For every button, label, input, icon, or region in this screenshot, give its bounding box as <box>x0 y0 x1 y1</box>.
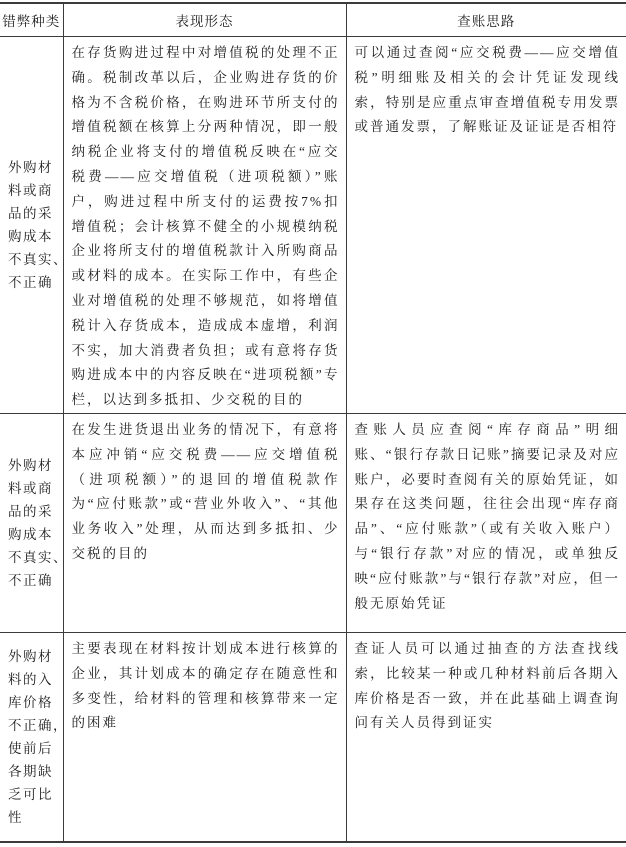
column-header-error-type: 错弊种类 <box>0 3 63 37</box>
manifestation-text: 在存货购进过程中对增值税的处理不正确。税制改革以后，企业购进存货的价格为不含税价… <box>64 37 346 413</box>
cell-error-type: 外购材 料的入 库价格 不正确， 使前后 各期缺 乏可比 性 <box>0 633 63 842</box>
cell-error-type: 外购材 料或商 品的采 购成本 不真实、 不正确 <box>0 414 63 633</box>
cell-manifestation: 主要表现在材料按计划成本进行核算的企业，其计划成本的确定存在随意性和多变性，给材… <box>63 633 346 842</box>
audit-methods-table: 错弊种类 表现形态 查账思路 外购材 料或商 品的采 购成本 不真实、 不正确 … <box>0 2 626 843</box>
table-header-row: 错弊种类 表现形态 查账思路 <box>0 3 626 37</box>
table-row: 外购材 料的入 库价格 不正确， 使前后 各期缺 乏可比 性 主要表现在材料按计… <box>0 633 626 842</box>
cell-audit-approach: 查证人员可以通过抽查的方法查找线索，比较某一种或几种材料前后各期入库价格是否一致… <box>346 633 626 842</box>
manifestation-text: 主要表现在材料按计划成本进行核算的企业，其计划成本的确定存在随意性和多变性，给材… <box>64 633 346 736</box>
cell-manifestation: 在发生进货退出业务的情况下，有意将本应冲销“应交税费——应交增值税（进项税额）”… <box>63 414 346 633</box>
error-type-text: 外购材 料或商 品的采 购成本 不真实、 不正确 <box>0 156 63 294</box>
audit-approach-text: 可以通过查阅“应交税费——应交增值税”明细账及相关的会计凭证发现线索，特别是应重… <box>347 37 626 140</box>
cell-audit-approach: 可以通过查阅“应交税费——应交增值税”明细账及相关的会计凭证发现线索，特别是应重… <box>346 37 626 414</box>
column-header-manifestation: 表现形态 <box>63 3 346 37</box>
document-page: 错弊种类 表现形态 查账思路 外购材 料或商 品的采 购成本 不真实、 不正确 … <box>0 2 626 843</box>
cell-error-type: 外购材 料或商 品的采 购成本 不真实、 不正确 <box>0 37 63 414</box>
cell-manifestation: 在存货购进过程中对增值税的处理不正确。税制改革以后，企业购进存货的价格为不含税价… <box>63 37 346 414</box>
table-row: 外购材 料或商 品的采 购成本 不真实、 不正确 在发生进货退出业务的情况下，有… <box>0 414 626 633</box>
manifestation-text: 在发生进货退出业务的情况下，有意将本应冲销“应交税费——应交增值税（进项税额）”… <box>64 414 346 567</box>
cell-audit-approach: 查账人员应查阅“库存商品”明细账、“银行存款日记账”摘要记录及对应账户，必要时查… <box>346 414 626 633</box>
table-row: 外购材 料或商 品的采 购成本 不真实、 不正确 在存货购进过程中对增值税的处理… <box>0 37 626 414</box>
audit-approach-text: 查证人员可以通过抽查的方法查找线索，比较某一种或几种材料前后各期入库价格是否一致… <box>347 633 626 736</box>
error-type-text: 外购材 料或商 品的采 购成本 不真实、 不正确 <box>0 454 63 592</box>
column-header-audit-approach: 查账思路 <box>346 3 626 37</box>
error-type-text: 外购材 料的入 库价格 不正确， 使前后 各期缺 乏可比 性 <box>0 645 63 829</box>
audit-approach-text: 查账人员应查阅“库存商品”明细账、“银行存款日记账”摘要记录及对应账户，必要时查… <box>347 414 626 616</box>
